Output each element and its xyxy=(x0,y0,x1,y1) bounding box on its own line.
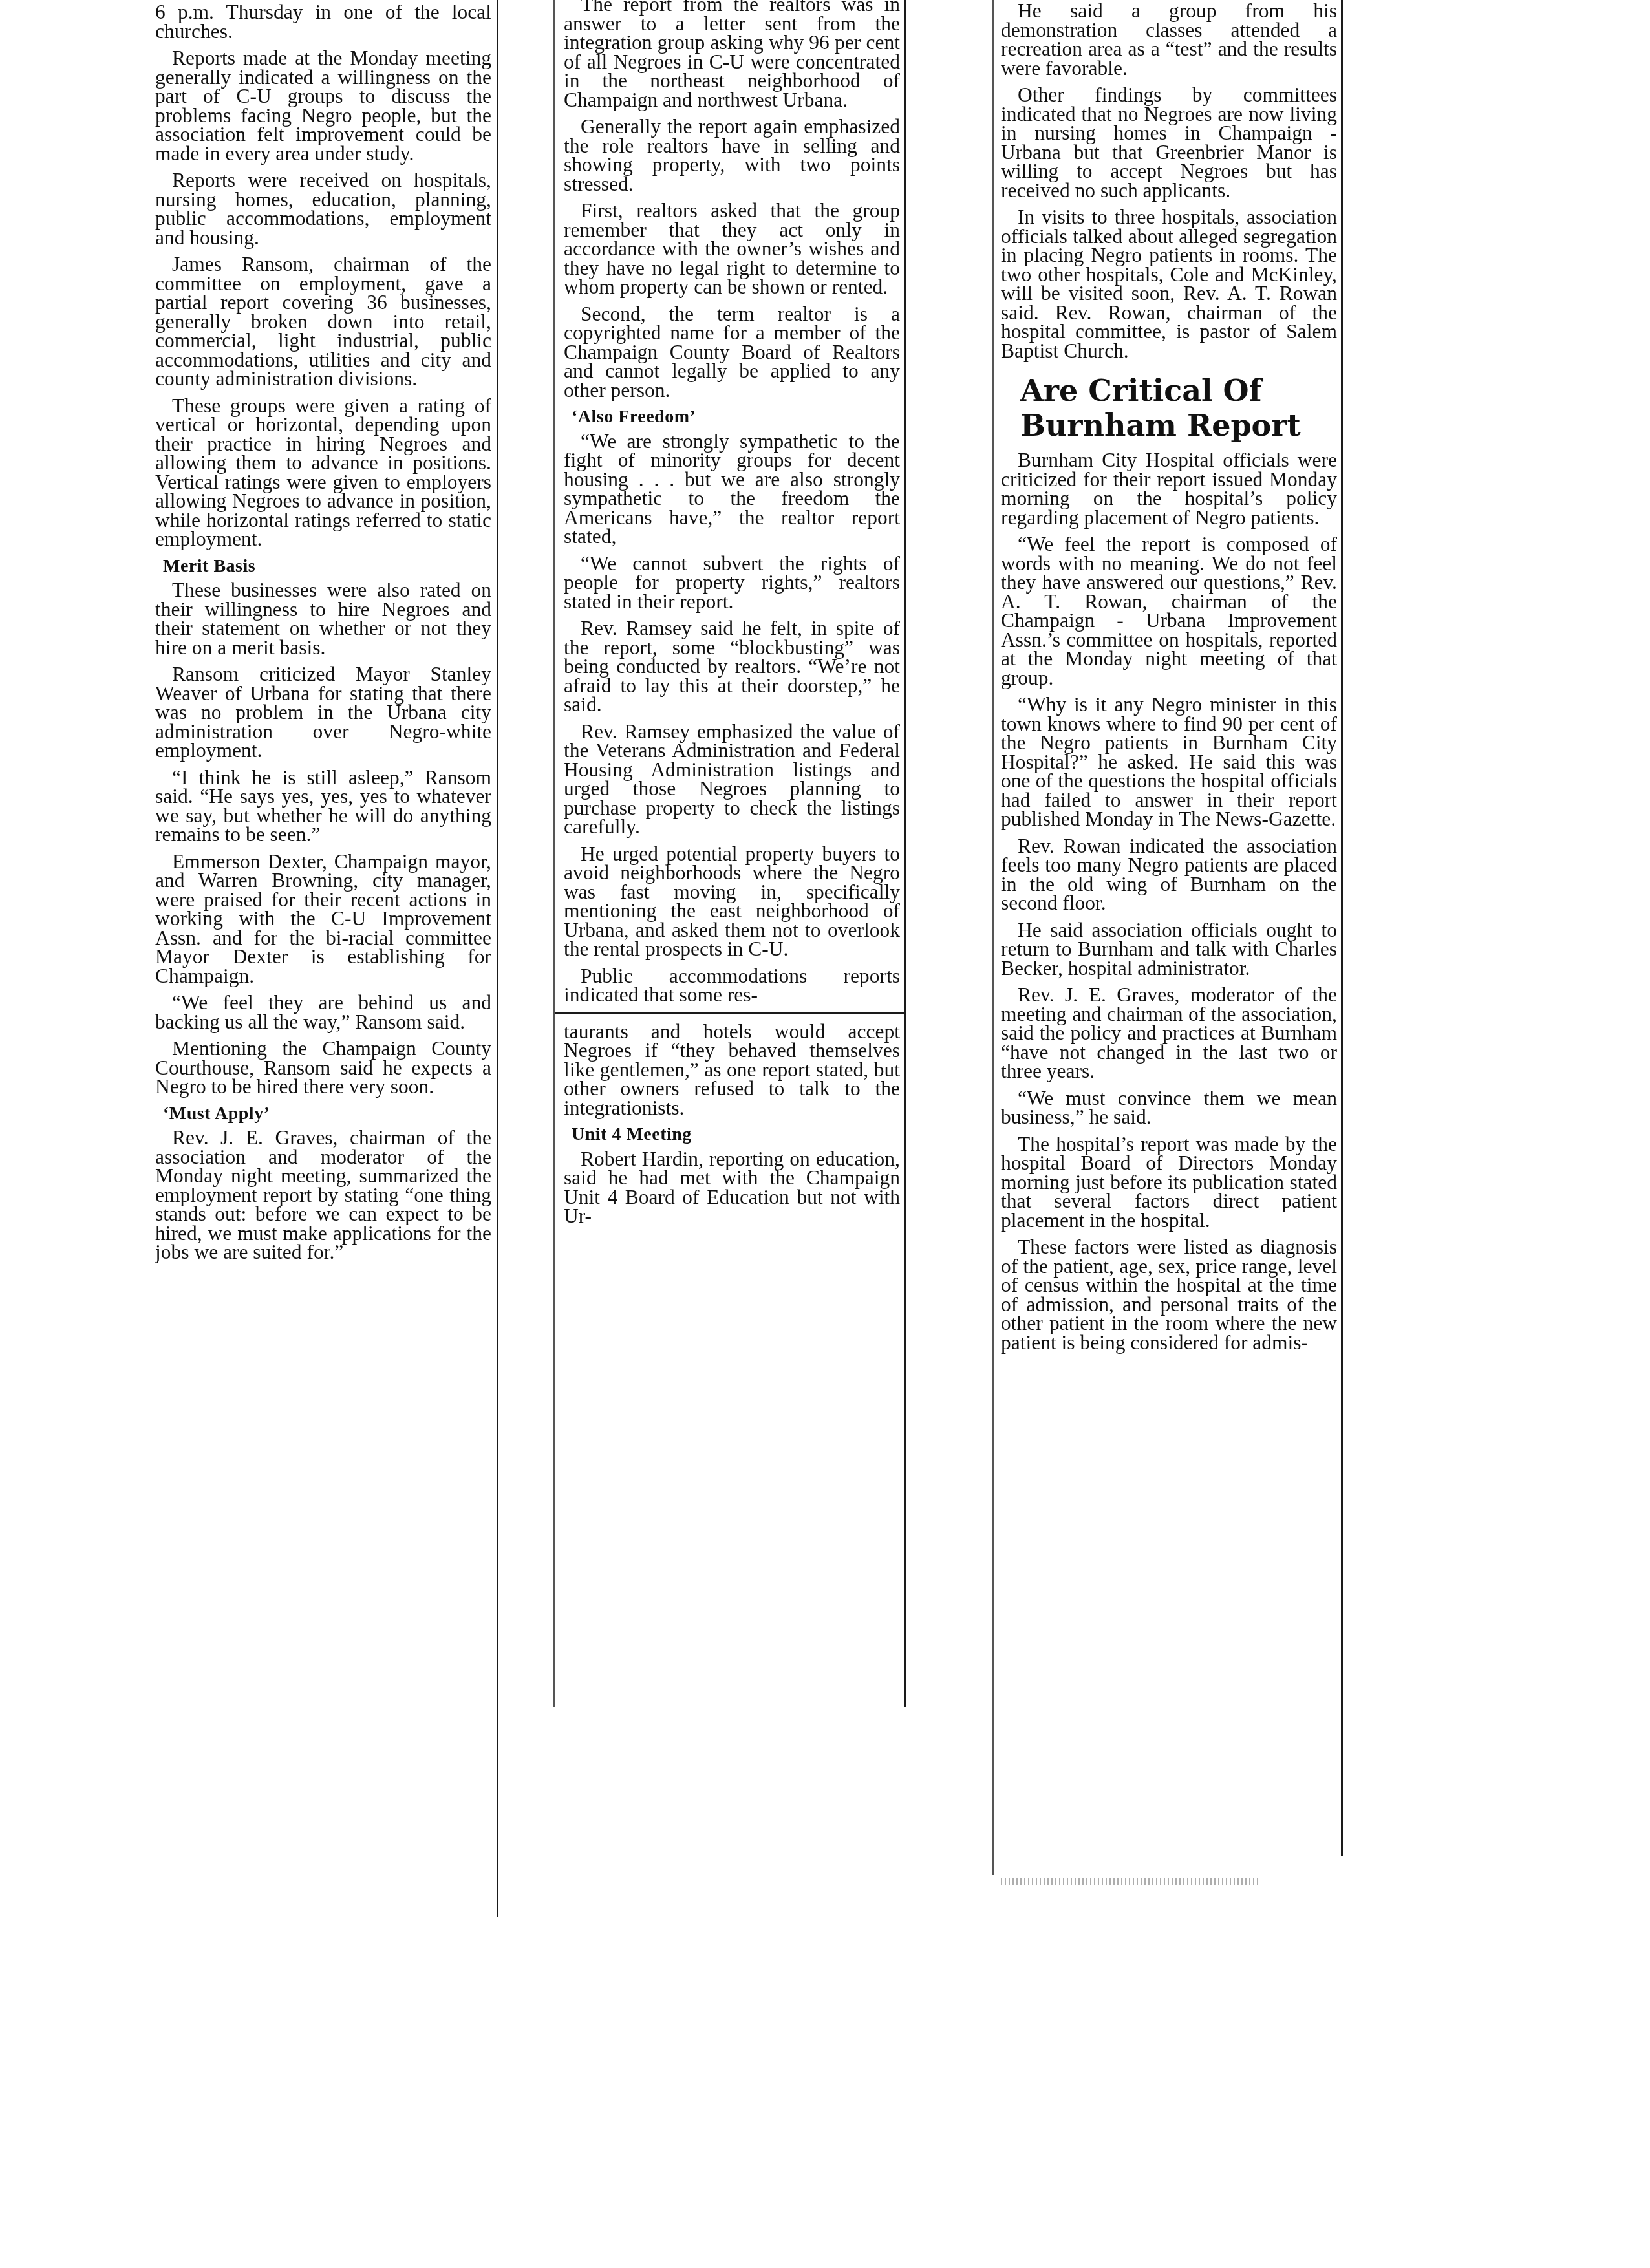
newspaper-clipping-page: 6 p.m. Thursday in one of the local chur… xyxy=(0,0,1650,2268)
subheading: ‘Also Freedom’ xyxy=(572,407,900,427)
paragraph: He urged potential property buyers to av… xyxy=(564,844,900,959)
paragraph: “We feel they are behind us and backing … xyxy=(155,993,491,1031)
paragraph: taurants and hotels would accept Negroes… xyxy=(564,1022,900,1118)
paragraph: Mentioning the Champaign County Courthou… xyxy=(155,1039,491,1097)
paragraph: Ransom criticized Mayor Stanley Weaver o… xyxy=(155,665,491,760)
paragraph: Reports were received on hospitals, nurs… xyxy=(155,171,491,247)
paragraph: “We cannot subvert the rights of people … xyxy=(564,554,900,612)
column-rule-right xyxy=(1341,0,1343,1856)
subheading: Merit Basis xyxy=(163,557,491,576)
paragraph: He said association officials ought to r… xyxy=(1001,921,1337,978)
paragraph: Emmerson Dexter, Champaign mayor, and Wa… xyxy=(155,852,491,986)
paragraph: “Why is it any Negro minister in this to… xyxy=(1001,695,1337,829)
column-rule-mid-right xyxy=(904,0,906,1707)
paragraph: Public accommodations reports indicated … xyxy=(564,967,900,1005)
article-column-3: He said a group from his demonstration c… xyxy=(1001,1,1337,1360)
article-column-2: The report from the realtors was in answ… xyxy=(564,0,900,1234)
article-column-1: 6 p.m. Thursday in one of the local chur… xyxy=(155,3,491,1270)
paragraph: Rev. Ramsey emphasized the value of the … xyxy=(564,722,900,837)
paragraph: First, realtors asked that the group rem… xyxy=(564,201,900,297)
column-rule-left xyxy=(497,0,498,1917)
paragraph: 6 p.m. Thursday in one of the local chur… xyxy=(155,3,491,41)
paragraph: He said a group from his demonstration c… xyxy=(1001,1,1337,78)
paragraph: The hospital’s report was made by the ho… xyxy=(1001,1135,1337,1230)
paragraph: Generally the report again emphasized th… xyxy=(564,117,900,193)
paragraph: Second, the term realtor is a copyrighte… xyxy=(564,305,900,400)
subheading: Unit 4 Meeting xyxy=(572,1125,900,1144)
paragraph: These businesses were also rated on thei… xyxy=(155,581,491,657)
column-rule-mid-left xyxy=(553,0,555,1707)
paragraph: “We are strongly sympathetic to the figh… xyxy=(564,432,900,546)
paragraph: Rev. Rowan indicated the association fee… xyxy=(1001,837,1337,913)
paragraph: Burnham City Hospital officials were cri… xyxy=(1001,451,1337,527)
paragraph: James Ransom, chairman of the committee … xyxy=(155,255,491,389)
paragraph: These groups were given a rating of vert… xyxy=(155,396,491,549)
paragraph: Robert Hardin, reporting on education, s… xyxy=(564,1150,900,1226)
column-rule-right-outer xyxy=(992,0,994,1875)
paragraph: Rev. Ramsey said he felt, in spite of th… xyxy=(564,619,900,714)
paragraph: Rev. J. E. Graves, chairman of the assoc… xyxy=(155,1128,491,1262)
paragraph: “We feel the report is composed of words… xyxy=(1001,535,1337,687)
paragraph: Rev. J. E. Graves, moderator of the meet… xyxy=(1001,985,1337,1081)
paragraph: “We must convince them we mean business,… xyxy=(1001,1089,1337,1127)
section-divider-rule xyxy=(555,1012,904,1014)
print-smudge xyxy=(1001,1878,1259,1885)
article-headline: Are Critical Of Burnham Report xyxy=(1020,373,1337,443)
paragraph: Other findings by committees indicated t… xyxy=(1001,85,1337,200)
paragraph: The report from the realtors was in answ… xyxy=(564,0,900,109)
paragraph: In visits to three hospitals, associatio… xyxy=(1001,208,1337,360)
paragraph: These factors were listed as diagnosis o… xyxy=(1001,1237,1337,1352)
subheading: ‘Must Apply’ xyxy=(163,1104,491,1124)
paragraph: “I think he is still asleep,” Ransom sai… xyxy=(155,768,491,844)
paragraph: Reports made at the Monday meeting gener… xyxy=(155,48,491,163)
